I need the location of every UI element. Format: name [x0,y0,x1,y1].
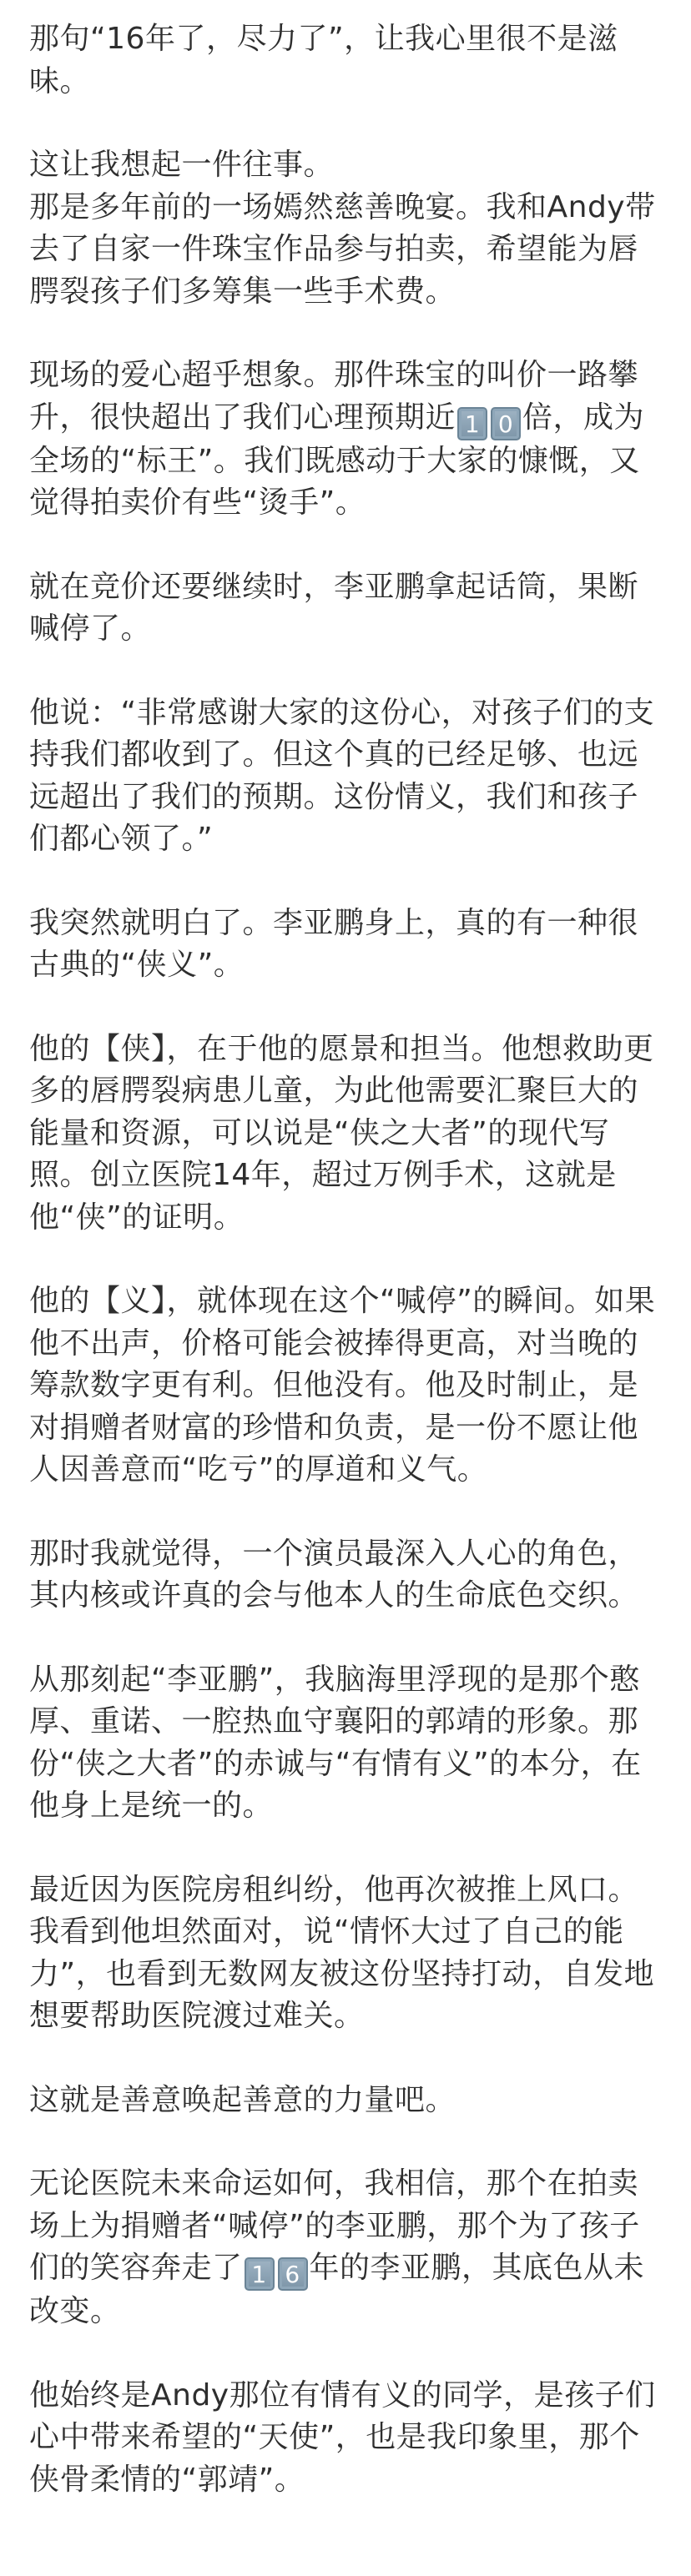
keycap-digit-icon: 6 [278,2257,308,2291]
paragraph-recent-dispute: 最近因为医院房租纠纷，他再次被推上风口。我看到他坦然面对，说“情怀大过了自己的能… [29,1869,668,2038]
article-body: 那句“16年了，尽力了”，让我心里很不是滋味。 这让我想起一件往事。 那是多年前… [0,0,691,2576]
paragraph-xia: 他的【侠】，在于他的愿景和担当。他想救助更多的唇腭裂病患儿童，为此他需要汇聚巨大… [29,1029,668,1240]
paragraph-recall: 这让我想起一件往事。 [29,144,668,187]
paragraph-future: 无论医院未来命运如何，我相信，那个在拍卖场上为捐赠者“喊停”的李亚鹏，那个为了孩… [29,2163,668,2333]
paragraph-auction-price: 现场的爱心超乎想象。那件珠宝的叫价一路攀升，很快超出了我们心理预期近10倍，成为… [29,355,668,525]
paragraph-guo-jing: 从那刻起“李亚鹏”，我脑海里浮现的是那个憨厚、重诺、一腔热血守襄阳的郭靖的形象。… [29,1659,668,1828]
paragraph-closing: 他始终是Andy那位有情有义的同学，是孩子们心中带来希望的“天使”，也是我印象里… [29,2375,668,2502]
paragraph-chivalry: 我突然就明白了。李亚鹏身上，真的有一种很古典的“侠义”。 [29,903,668,987]
paragraph-kindness: 这就是善意唤起善意的力量吧。 [29,2080,668,2122]
paragraph-call-stop: 就在竞价还要继续时，李亚鹏拿起话筒，果断喊停了。 [29,566,668,651]
paragraph-yi: 他的【义】，就体现在这个“喊停”的瞬间。如果他不出声，价格可能会被捧得更高，对当… [29,1280,668,1492]
paragraph-opening: 那句“16年了，尽力了”，让我心里很不是滋味。 [29,18,668,103]
paragraph-charity-dinner: 那是多年前的一场嫣然慈善晚宴。我和Andy带去了自家一件珠宝作品参与拍卖，希望能… [29,187,668,314]
paragraph-actor-role: 那时我就觉得，一个演员最深入人心的角色，其内核或许真的会与他本人的生命底色交织。 [29,1533,668,1618]
paragraph-quote: 他说：“非常感谢大家的这份心，对孩子们的支持我们都收到了。但这个真的已经足够、也… [29,692,668,861]
keycap-digit-icon: 1 [245,2257,275,2291]
keycap-digit-icon: 0 [491,407,521,440]
keycap-digit-icon: 1 [457,407,487,440]
